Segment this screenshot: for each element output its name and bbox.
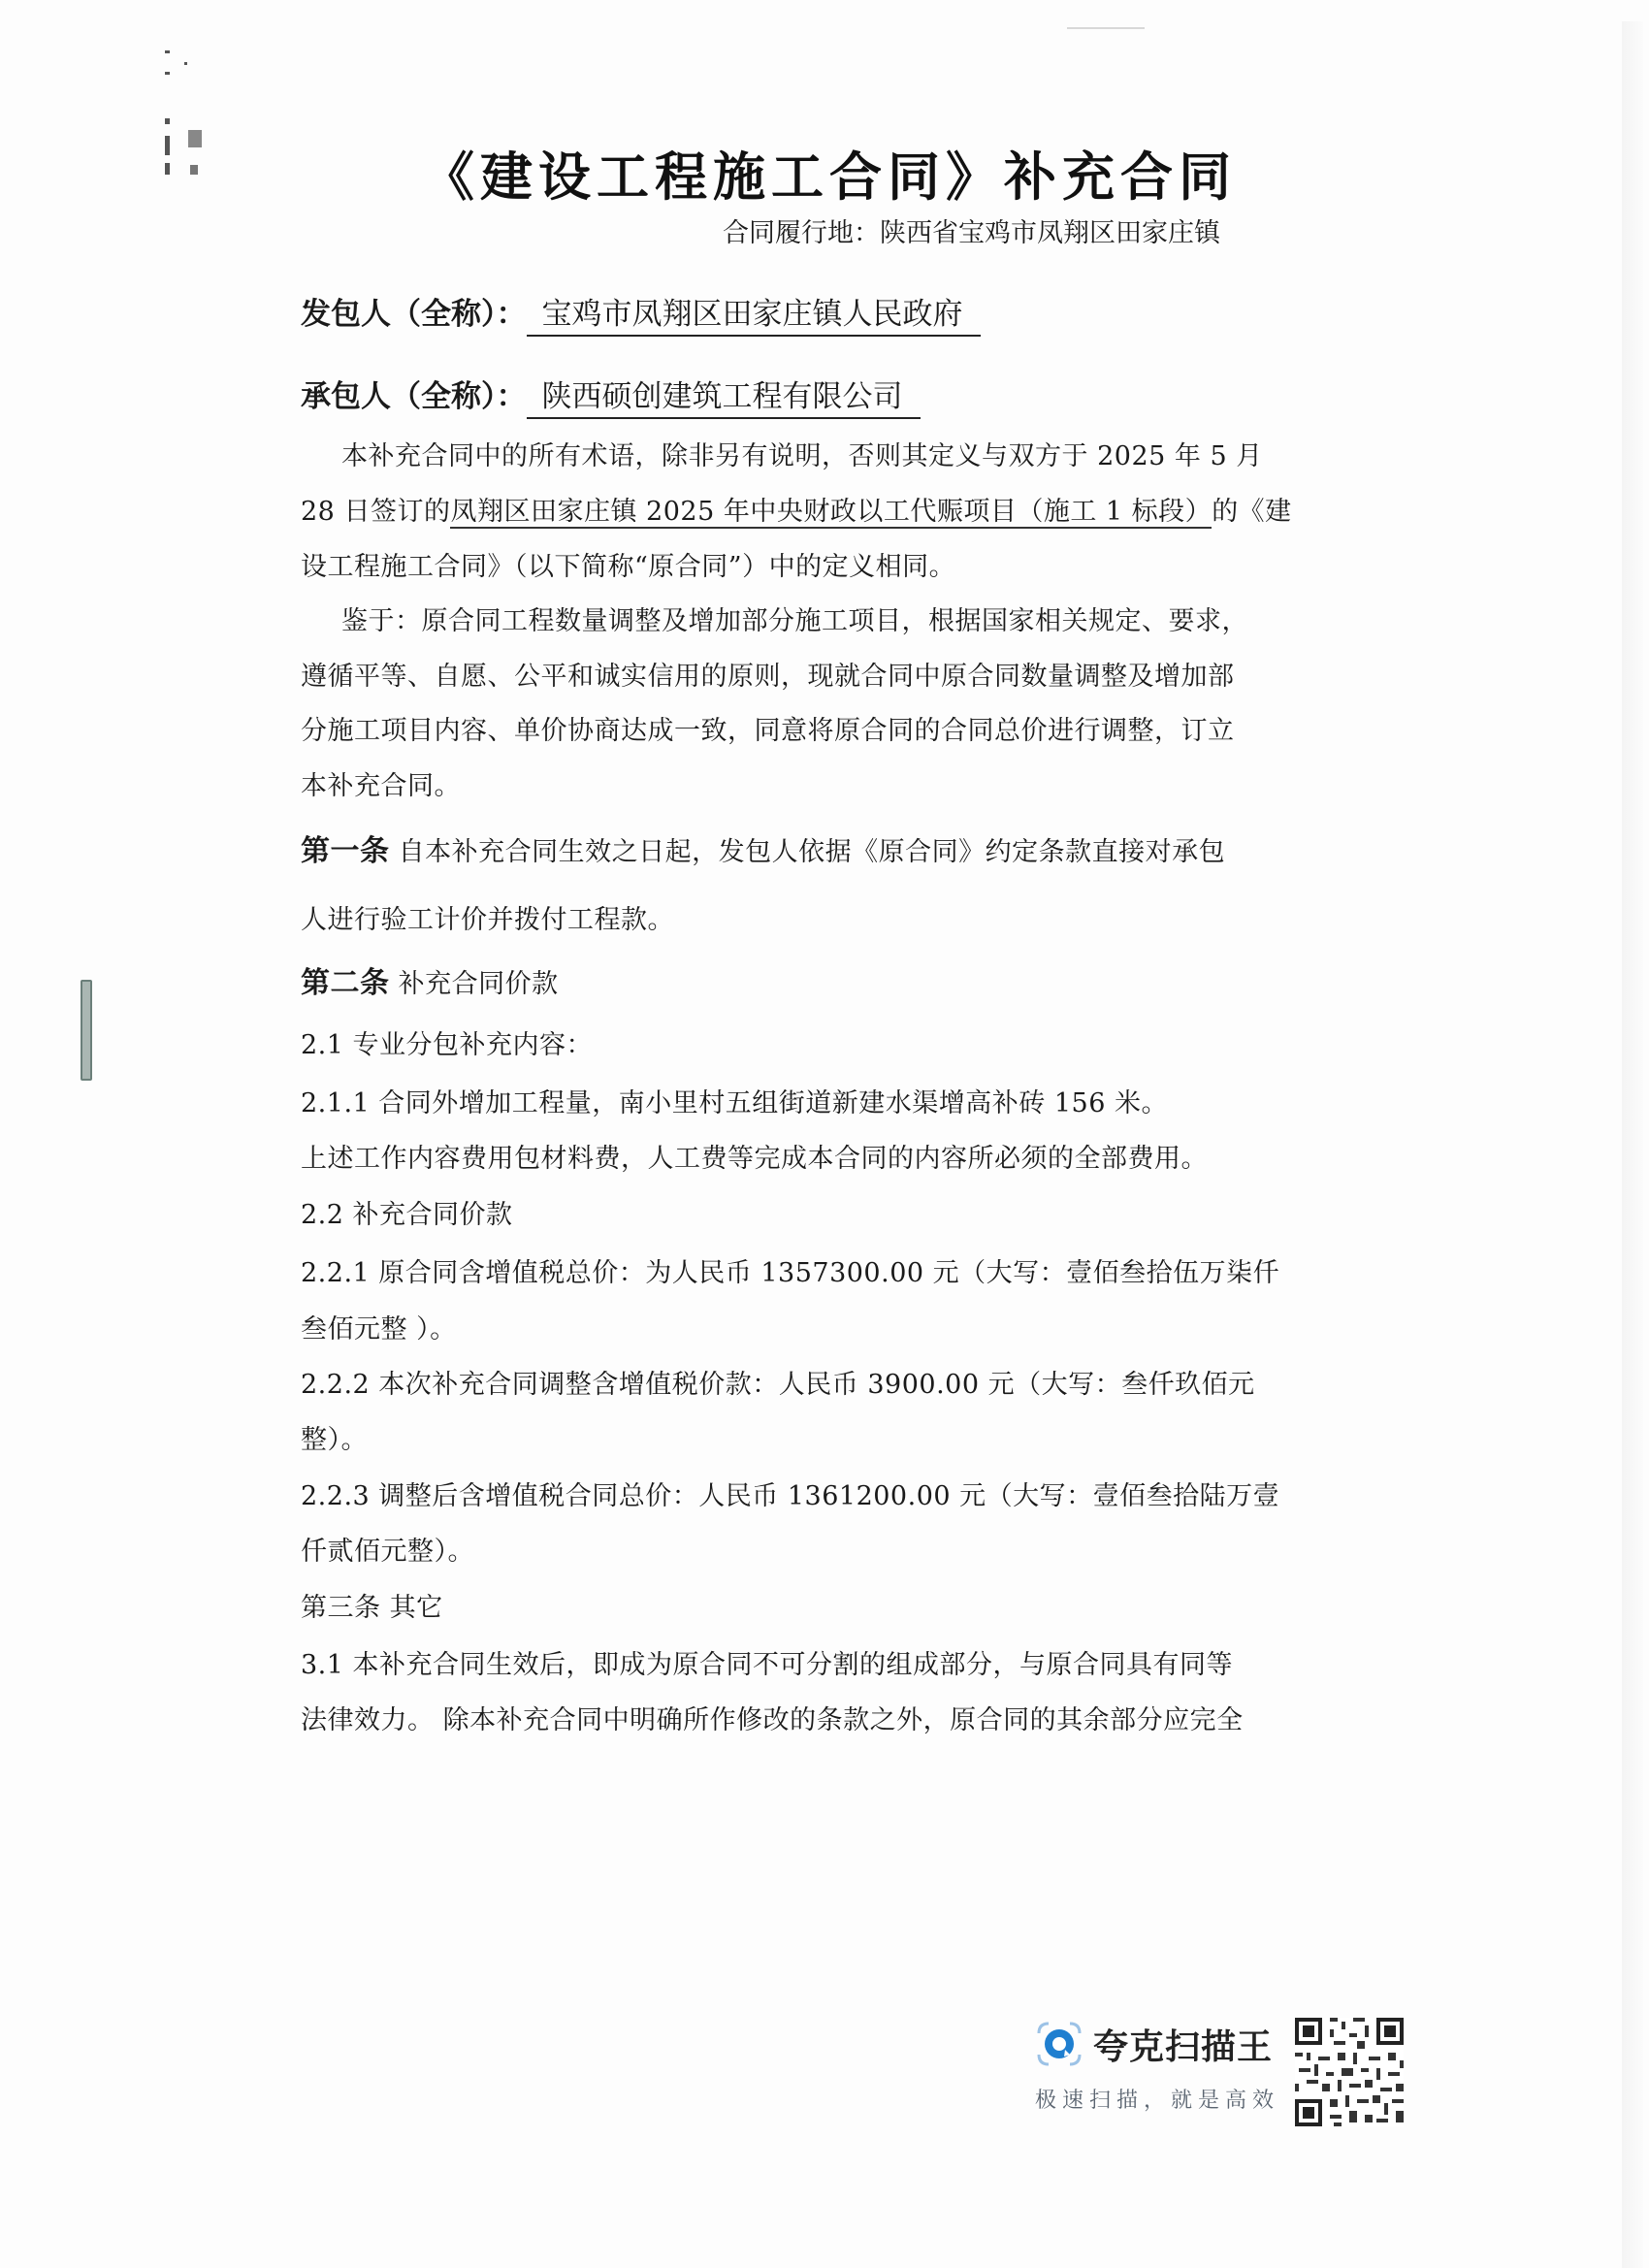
article-1-heading: 第一条 [301, 834, 390, 868]
qr-code-icon [1295, 2018, 1404, 2126]
brand-slogan: 极速扫描，就是高效 [1035, 2084, 1279, 2114]
whereas-line-4: 本补充合同。 [301, 764, 461, 802]
section-3-1-line-2: 法律效力。 除本补充合同中明确所作修改的条款之外，原合同的其余部分应完全 [301, 1699, 1244, 1736]
section-2-2-1-line-1: 2.2.1 原合同含增值税总价：为人民币 1357300.00 元（大写：壹佰叁… [301, 1251, 1279, 1289]
whereas-line-2: 遵循平等、自愿、公平和诚实信用的原则，现就合同中原合同数量调整及增加部 [301, 655, 1235, 693]
contractor-label: 承包人（全称）： [301, 379, 527, 414]
page-top-edge [1067, 27, 1145, 29]
article-1-text: 自本补充合同生效之日起，发包人依据《原合同》约定条款直接对承包 [399, 837, 1226, 867]
page-edge-shadow [1622, 21, 1643, 2268]
section-2-2-3-line-1: 2.2.3 调整后含增值税合同总价：人民币 1361200.00 元（大写：壹佰… [301, 1474, 1279, 1512]
section-2-2-2-line-2: 整）。 [301, 1418, 368, 1456]
section-2-1-note: 上述工作内容费用包材料费，人工费等完成本合同的内容所必须的全部费用。 [301, 1137, 1208, 1175]
whereas-line-3: 分施工项目内容、单价协商达成一致，同意将原合同的合同总价进行调整，订立 [301, 709, 1235, 747]
intro-line-2-prefix: 28 日签订的 [301, 497, 450, 527]
employer-row: 发包人（全称）：宝鸡市凤翔区田家庄镇人民政府 [301, 289, 981, 337]
document-title: 《建设工程施工合同》补充合同 [0, 136, 1649, 211]
brand-name: 夸克扫描王 [1093, 2020, 1273, 2069]
article-3-heading: 第三条 其它 [301, 1586, 443, 1624]
contractor-row: 承包人（全称）：陕西硕创建筑工程有限公司 [301, 372, 921, 419]
contractor-value: 陕西硕创建筑工程有限公司 [527, 372, 921, 419]
place-of-performance: 合同履行地：陕西省宝鸡市凤翔区田家庄镇 [723, 211, 1220, 249]
article-1-line-2: 人进行验工计价并拨付工程款。 [301, 898, 674, 936]
quark-logo-icon [1033, 2018, 1085, 2070]
employer-label: 发包人（全称）： [301, 297, 527, 332]
intro-line-2-suffix: 的《建 [1212, 497, 1292, 527]
section-2-2-3-line-2: 仟贰佰元整）。 [301, 1530, 474, 1568]
article-2-title: 补充合同价款 [399, 969, 559, 999]
section-2-2-2-line-1: 2.2.2 本次补充合同调整含增值税价款：人民币 3900.00 元（大写：叁仟… [301, 1363, 1255, 1401]
section-2-1-1: 2.1.1 合同外增加工程量，南小里村五组街道新建水渠增高补砖 156 米。 [301, 1082, 1168, 1119]
section-2-2-1-line-2: 叁佰元整 ）。 [301, 1308, 457, 1345]
intro-line-3: 设工程施工合同》（以下简称“原合同”）中的定义相同。 [301, 545, 955, 583]
section-2-2: 2.2 补充合同价款 [301, 1193, 513, 1231]
article-2-heading-row: 第二条 补充合同价款 [301, 958, 559, 1001]
whereas-line-1: 鉴于：原合同工程数量调整及增加部分施工项目，根据国家相关规定、要求， [341, 599, 1248, 637]
section-3-1-line-1: 3.1 本补充合同生效后，即成为原合同不可分割的组成部分，与原合同具有同等 [301, 1643, 1233, 1681]
intro-line-2: 28 日签订的凤翔区田家庄镇 2025 年中央财政以工代赈项目（施工 1 标段）… [301, 490, 1292, 528]
scanned-page: 《建设工程施工合同》补充合同 合同履行地：陕西省宝鸡市凤翔区田家庄镇 发包人（全… [0, 0, 1649, 2268]
employer-value: 宝鸡市凤翔区田家庄镇人民政府 [527, 289, 981, 337]
article-1-line-1: 第一条 自本补充合同生效之日起，发包人依据《原合同》约定条款直接对承包 [301, 826, 1225, 869]
scanner-watermark: 夸克扫描王 极速扫描，就是高效 [1033, 2018, 1411, 2144]
intro-line-1: 本补充合同中的所有术语，除非另有说明，否则其定义与双方于 2025 年 5 月 [341, 435, 1263, 472]
article-2-heading: 第二条 [301, 966, 390, 1000]
project-name: 凤翔区田家庄镇 2025 年中央财政以工代赈项目（施工 1 标段） [450, 497, 1212, 529]
staple-mark [81, 980, 92, 1081]
section-2-1: 2.1 专业分包补充内容： [301, 1023, 593, 1061]
